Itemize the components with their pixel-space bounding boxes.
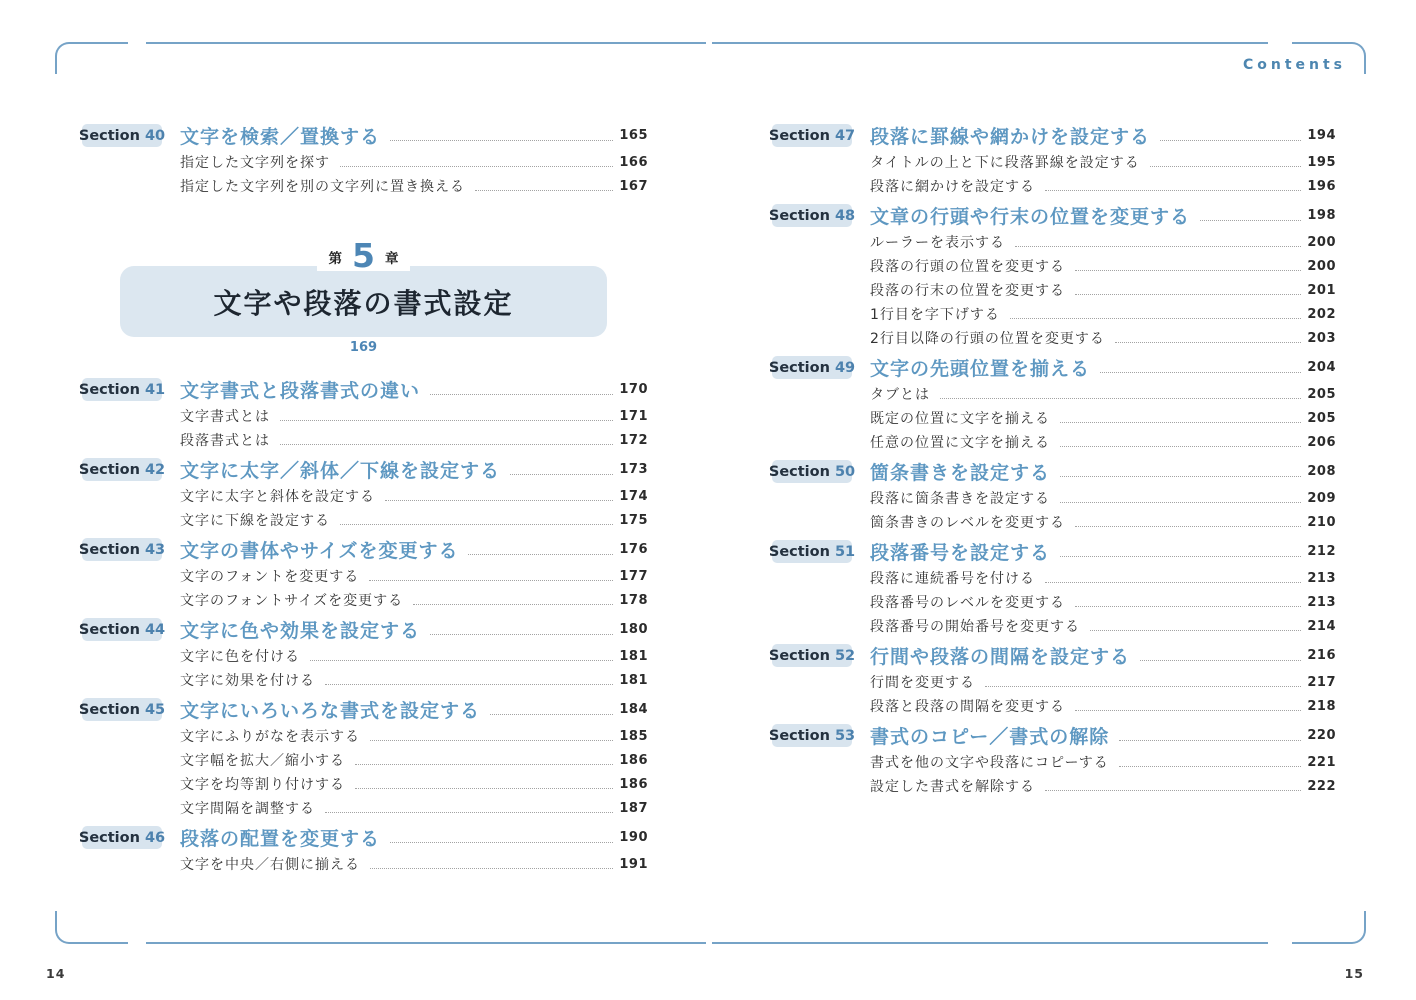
section-page-number: 173 xyxy=(619,462,648,477)
section-badge: Section47 xyxy=(772,124,852,147)
dotted-leader xyxy=(280,420,613,421)
subitem-title: 文字書式とは xyxy=(180,406,270,426)
subitem-title: 1行目を字下げする xyxy=(870,304,1000,324)
section-badge-number: 52 xyxy=(835,648,855,664)
toc-section: Section50箇条書きを設定する208段落に箇条書きを設定する209箇条書き… xyxy=(772,457,1336,534)
subitem-title: 任意の位置に文字を揃える xyxy=(870,432,1050,452)
toc-subitem-row: 書式を他の文字や段落にコピーする221 xyxy=(772,750,1336,774)
page-number-right: 15 xyxy=(1345,966,1364,981)
subitem-title: 段落の行頭の位置を変更する xyxy=(870,256,1065,276)
frame-line-bottom-right-page xyxy=(712,942,1268,944)
section-title: 文字の先頭位置を揃える xyxy=(870,354,1090,381)
toc-subitem-row: 文字書式とは171 xyxy=(82,404,648,428)
section-title: 文字書式と段落書式の違い xyxy=(180,376,420,403)
section-title: 文字の書体やサイズを変更する xyxy=(180,536,458,563)
subitem-page-number: 202 xyxy=(1307,307,1336,322)
subitem-page-number: 221 xyxy=(1307,755,1336,770)
dotted-leader xyxy=(340,166,613,167)
dotted-leader xyxy=(390,140,613,141)
subitem-title: 文字を均等割り付けする xyxy=(180,774,345,794)
subitem-title: 既定の位置に文字を揃える xyxy=(870,408,1050,428)
dotted-leader xyxy=(340,524,613,525)
dotted-leader xyxy=(1090,630,1301,631)
section-badge: Section41 xyxy=(82,378,162,401)
section-title: 段落番号を設定する xyxy=(870,538,1050,565)
toc-subitem-row: ルーラーを表示する200 xyxy=(772,230,1336,254)
subitem-page-number: 201 xyxy=(1307,283,1336,298)
subitem-page-number: 222 xyxy=(1307,779,1336,794)
section-badge: Section44 xyxy=(82,618,162,641)
dotted-leader xyxy=(1160,140,1301,141)
section-badge-number: 50 xyxy=(835,464,855,480)
toc-subitem-row: 文字に効果を付ける181 xyxy=(82,668,648,692)
toc-section: Section41文字書式と段落書式の違い170文字書式とは171段落書式とは1… xyxy=(82,375,648,452)
section-badge-number: 43 xyxy=(145,542,165,558)
section-heading-row: Section52行間や段落の間隔を設定する216 xyxy=(772,641,1336,670)
dotted-leader xyxy=(370,868,613,869)
toc-subitem-row: タイトルの上と下に段落罫線を設定する195 xyxy=(772,150,1336,174)
toc-section: Section42文字に太字／斜体／下線を設定する173文字に太字と斜体を設定す… xyxy=(82,455,648,532)
dotted-leader xyxy=(355,764,613,765)
toc-column-right: Section47段落に罫線や網かけを設定する194タイトルの上と下に段落罫線を… xyxy=(772,121,1336,801)
section-badge-number: 49 xyxy=(835,360,855,376)
toc-subitem-row: 文字にふりがなを表示する185 xyxy=(82,724,648,748)
dotted-leader xyxy=(390,842,613,843)
subitem-page-number: 172 xyxy=(619,433,648,448)
dotted-leader xyxy=(985,686,1301,687)
subitem-title: 文字に効果を付ける xyxy=(180,670,315,690)
toc-subitem-row: 文字を中央／右側に揃える191 xyxy=(82,852,648,876)
toc-subitem-row: 段落の行頭の位置を変更する200 xyxy=(772,254,1336,278)
toc-subitem-row: 指定した文字列を別の文字列に置き換える167 xyxy=(82,174,648,198)
frame-line-top-left-page xyxy=(146,42,706,44)
subitem-page-number: 186 xyxy=(619,753,648,768)
chapter-title: 文字や段落の書式設定 xyxy=(213,282,513,322)
section-heading-row: Section42文字に太字／斜体／下線を設定する173 xyxy=(82,455,648,484)
subitem-page-number: 181 xyxy=(619,649,648,664)
subitem-page-number: 205 xyxy=(1307,411,1336,426)
section-badge: Section43 xyxy=(82,538,162,561)
section-page-number: 170 xyxy=(619,382,648,397)
section-heading-row: Section46段落の配置を変更する190 xyxy=(82,823,648,852)
subitem-title: 段落に網かけを設定する xyxy=(870,176,1035,196)
subitem-title: 段落の行末の位置を変更する xyxy=(870,280,1065,300)
section-badge-label: Section xyxy=(79,622,140,638)
page-number-left: 14 xyxy=(46,966,65,981)
toc-subitem-row: 文字に太字と斜体を設定する174 xyxy=(82,484,648,508)
dotted-leader xyxy=(468,554,613,555)
toc-subitem-row: 文字のフォントサイズを変更する178 xyxy=(82,588,648,612)
subitem-page-number: 203 xyxy=(1307,331,1336,346)
toc-section: Section43文字の書体やサイズを変更する176文字のフォントを変更する17… xyxy=(82,535,648,612)
dotted-leader xyxy=(1045,190,1301,191)
subitem-title: タブとは xyxy=(870,384,930,404)
chapter-page-number: 169 xyxy=(120,340,607,356)
dotted-leader xyxy=(1100,372,1301,373)
dotted-leader xyxy=(1060,556,1301,557)
subitem-page-number: 167 xyxy=(619,179,648,194)
toc-section: Section47段落に罫線や網かけを設定する194タイトルの上と下に段落罫線を… xyxy=(772,121,1336,198)
subitem-title: 文字に下線を設定する xyxy=(180,510,330,530)
subitem-title: 箇条書きのレベルを変更する xyxy=(870,512,1065,532)
toc-subitem-row: 既定の位置に文字を揃える205 xyxy=(772,406,1336,430)
section-heading-row: Section50箇条書きを設定する208 xyxy=(772,457,1336,486)
toc-subitem-row: 文字のフォントを変更する177 xyxy=(82,564,648,588)
section-page-number: 208 xyxy=(1307,464,1336,479)
section-heading-row: Section40文字を検索／置換する165 xyxy=(82,121,648,150)
section-heading-row: Section51段落番号を設定する212 xyxy=(772,537,1336,566)
section-title: 段落の配置を変更する xyxy=(180,824,380,851)
toc-subitem-row: 指定した文字列を探す166 xyxy=(82,150,648,174)
section-heading-row: Section49文字の先頭位置を揃える204 xyxy=(772,353,1336,382)
section-badge: Section45 xyxy=(82,698,162,721)
section-badge-number: 47 xyxy=(835,128,855,144)
dotted-leader xyxy=(1140,660,1301,661)
chapter-title-box: 文字や段落の書式設定 xyxy=(120,266,607,337)
section-title: 文章の行頭や行末の位置を変更する xyxy=(870,202,1190,229)
toc-section: Section45文字にいろいろな書式を設定する184文字にふりがなを表示する1… xyxy=(82,695,648,820)
subitem-title: 段落に箇条書きを設定する xyxy=(870,488,1050,508)
subitem-page-number: 191 xyxy=(619,857,648,872)
section-badge-label: Section xyxy=(769,544,830,560)
section-badge: Section48 xyxy=(772,204,852,227)
subitem-page-number: 177 xyxy=(619,569,648,584)
subitem-page-number: 217 xyxy=(1307,675,1336,690)
toc-section: Section49文字の先頭位置を揃える204タブとは205既定の位置に文字を揃… xyxy=(772,353,1336,454)
section-badge: Section46 xyxy=(82,826,162,849)
dotted-leader xyxy=(1015,246,1301,247)
dotted-leader xyxy=(1075,294,1301,295)
section-page-number: 198 xyxy=(1307,208,1336,223)
section-badge-label: Section xyxy=(769,208,830,224)
dotted-leader xyxy=(385,500,613,501)
dotted-leader xyxy=(1045,790,1301,791)
dotted-leader xyxy=(1060,422,1301,423)
section-page-number: 176 xyxy=(619,542,648,557)
section-badge-label: Section xyxy=(769,128,830,144)
subitem-title: 文字を中央／右側に揃える xyxy=(180,854,360,874)
toc-spread: Contents Section40文字を検索／置換する165指定した文字列を探… xyxy=(0,0,1416,1000)
subitem-page-number: 181 xyxy=(619,673,648,688)
section-heading-row: Section45文字にいろいろな書式を設定する184 xyxy=(82,695,648,724)
toc-subitem-row: 任意の位置に文字を揃える206 xyxy=(772,430,1336,454)
toc-subitem-row: 段落番号のレベルを変更する213 xyxy=(772,590,1336,614)
section-title: 文字にいろいろな書式を設定する xyxy=(180,696,480,723)
dotted-leader xyxy=(1060,446,1301,447)
subitem-title: ルーラーを表示する xyxy=(870,232,1005,252)
section-page-number: 190 xyxy=(619,830,648,845)
subitem-title: 設定した書式を解除する xyxy=(870,776,1035,796)
subitem-title: 文字に色を付ける xyxy=(180,646,300,666)
subitem-page-number: 186 xyxy=(619,777,648,792)
dotted-leader xyxy=(475,190,613,191)
dotted-leader xyxy=(310,660,613,661)
subitem-page-number: 195 xyxy=(1307,155,1336,170)
toc-sections-before-chapter: Section40文字を検索／置換する165指定した文字列を探す166指定した文… xyxy=(82,121,648,198)
section-title: 文字に色や効果を設定する xyxy=(180,616,420,643)
subitem-title: 段落書式とは xyxy=(180,430,270,450)
toc-section: Section52行間や段落の間隔を設定する216行間を変更する217段落と段落… xyxy=(772,641,1336,718)
section-badge-number: 45 xyxy=(145,702,165,718)
section-heading-row: Section44文字に色や効果を設定する180 xyxy=(82,615,648,644)
dotted-leader xyxy=(1060,502,1301,503)
section-badge-label: Section xyxy=(79,382,140,398)
dotted-leader xyxy=(1200,220,1301,221)
subitem-page-number: 206 xyxy=(1307,435,1336,450)
section-badge-number: 51 xyxy=(835,544,855,560)
dotted-leader xyxy=(430,394,613,395)
toc-section: Section46段落の配置を変更する190文字を中央／右側に揃える191 xyxy=(82,823,648,876)
toc-subitem-row: 段落に連続番号を付ける213 xyxy=(772,566,1336,590)
section-badge: Section53 xyxy=(772,724,852,747)
contents-heading: Contents xyxy=(1243,57,1346,73)
dotted-leader xyxy=(510,474,613,475)
dotted-leader xyxy=(325,812,613,813)
subitem-page-number: 171 xyxy=(619,409,648,424)
section-page-number: 194 xyxy=(1307,128,1336,143)
section-badge: Section42 xyxy=(82,458,162,481)
subitem-page-number: 213 xyxy=(1307,571,1336,586)
subitem-title: 行間を変更する xyxy=(870,672,975,692)
section-badge-number: 46 xyxy=(145,830,165,846)
toc-sections-after-chapter: Section41文字書式と段落書式の違い170文字書式とは171段落書式とは1… xyxy=(82,375,648,876)
subitem-page-number: 185 xyxy=(619,729,648,744)
dotted-leader xyxy=(280,444,613,445)
subitem-page-number: 200 xyxy=(1307,259,1336,274)
section-heading-row: Section48文章の行頭や行末の位置を変更する198 xyxy=(772,201,1336,230)
section-page-number: 165 xyxy=(619,128,648,143)
dotted-leader xyxy=(1060,476,1301,477)
section-title: 行間や段落の間隔を設定する xyxy=(870,642,1130,669)
section-badge: Section40 xyxy=(82,124,162,147)
toc-subitem-row: 段落に網かけを設定する196 xyxy=(772,174,1336,198)
subitem-title: 段落に連続番号を付ける xyxy=(870,568,1035,588)
section-badge-label: Section xyxy=(769,464,830,480)
dotted-leader xyxy=(430,634,613,635)
dotted-leader xyxy=(1075,606,1301,607)
toc-subitem-row: 文字に下線を設定する175 xyxy=(82,508,648,532)
dotted-leader xyxy=(369,580,613,581)
toc-section: Section40文字を検索／置換する165指定した文字列を探す166指定した文… xyxy=(82,121,648,198)
subitem-page-number: 209 xyxy=(1307,491,1336,506)
dotted-leader xyxy=(1075,710,1301,711)
subitem-page-number: 196 xyxy=(1307,179,1336,194)
dotted-leader xyxy=(1045,582,1301,583)
subitem-title: 2行目以降の行頭の位置を変更する xyxy=(870,328,1105,348)
section-heading-row: Section53書式のコピー／書式の解除220 xyxy=(772,721,1336,750)
section-badge: Section52 xyxy=(772,644,852,667)
section-badge-label: Section xyxy=(769,648,830,664)
chapter-divider: 第 5 章 文字や段落の書式設定 169 xyxy=(120,266,607,356)
section-badge-number: 40 xyxy=(145,128,165,144)
subitem-title: 段落番号の開始番号を変更する xyxy=(870,616,1080,636)
section-page-number: 184 xyxy=(619,702,648,717)
section-page-number: 180 xyxy=(619,622,648,637)
toc-subitem-row: 段落の行末の位置を変更する201 xyxy=(772,278,1336,302)
dotted-leader xyxy=(370,740,613,741)
section-page-number: 220 xyxy=(1307,728,1336,743)
section-badge-label: Section xyxy=(769,728,830,744)
toc-subitem-row: タブとは205 xyxy=(772,382,1336,406)
subitem-page-number: 187 xyxy=(619,801,648,816)
dotted-leader xyxy=(1075,526,1301,527)
subitem-page-number: 213 xyxy=(1307,595,1336,610)
subitem-title: 文字にふりがなを表示する xyxy=(180,726,360,746)
frame-corner-bottom-right xyxy=(1292,911,1366,944)
section-badge-number: 53 xyxy=(835,728,855,744)
dotted-leader xyxy=(413,604,613,605)
subitem-title: 指定した文字列を探す xyxy=(180,152,330,172)
subitem-page-number: 175 xyxy=(619,513,648,528)
toc-subitem-row: 文字を均等割り付けする186 xyxy=(82,772,648,796)
dotted-leader xyxy=(1150,166,1302,167)
chapter-suffix: 章 xyxy=(385,247,399,271)
frame-corner-top-left xyxy=(55,42,128,74)
toc-subitem-row: 段落と段落の間隔を変更する218 xyxy=(772,694,1336,718)
dotted-leader xyxy=(1115,342,1301,343)
dotted-leader xyxy=(1119,766,1302,767)
section-badge-label: Section xyxy=(769,360,830,376)
subitem-page-number: 178 xyxy=(619,593,648,608)
toc-subitem-row: 段落に箇条書きを設定する209 xyxy=(772,486,1336,510)
toc-section: Section44文字に色や効果を設定する180文字に色を付ける181文字に効果… xyxy=(82,615,648,692)
section-title: 文字に太字／斜体／下線を設定する xyxy=(180,456,500,483)
toc-subitem-row: 2行目以降の行頭の位置を変更する203 xyxy=(772,326,1336,350)
section-badge-number: 42 xyxy=(145,462,165,478)
section-badge: Section51 xyxy=(772,540,852,563)
section-page-number: 212 xyxy=(1307,544,1336,559)
subitem-page-number: 166 xyxy=(619,155,648,170)
chapter-prefix: 第 xyxy=(329,247,343,271)
toc-subitem-row: 行間を変更する217 xyxy=(772,670,1336,694)
section-title: 書式のコピー／書式の解除 xyxy=(870,722,1109,749)
section-heading-row: Section47段落に罫線や網かけを設定する194 xyxy=(772,121,1336,150)
section-badge-label: Section xyxy=(79,542,140,558)
dotted-leader xyxy=(940,398,1301,399)
chapter-label: 第 5 章 xyxy=(317,240,411,271)
section-badge: Section50 xyxy=(772,460,852,483)
frame-corner-bottom-left xyxy=(55,911,128,944)
section-title: 箇条書きを設定する xyxy=(870,458,1050,485)
section-badge: Section49 xyxy=(772,356,852,379)
subitem-page-number: 174 xyxy=(619,489,648,504)
section-heading-row: Section43文字の書体やサイズを変更する176 xyxy=(82,535,648,564)
chapter-number: 5 xyxy=(352,240,375,271)
dotted-leader xyxy=(1119,740,1301,741)
subitem-page-number: 218 xyxy=(1307,699,1336,714)
section-page-number: 216 xyxy=(1307,648,1336,663)
toc-column-left: Section40文字を検索／置換する165指定した文字列を探す166指定した文… xyxy=(82,121,648,879)
toc-subitem-row: 箇条書きのレベルを変更する210 xyxy=(772,510,1336,534)
subitem-page-number: 214 xyxy=(1307,619,1336,634)
dotted-leader xyxy=(1075,270,1301,271)
section-title: 段落に罫線や網かけを設定する xyxy=(870,122,1150,149)
dotted-leader xyxy=(355,788,613,789)
section-badge-label: Section xyxy=(79,128,140,144)
toc-subitem-row: 文字幅を拡大／縮小する186 xyxy=(82,748,648,772)
section-badge-label: Section xyxy=(79,830,140,846)
toc-section: Section48文章の行頭や行末の位置を変更する198ルーラーを表示する200… xyxy=(772,201,1336,350)
toc-subitem-row: 段落番号の開始番号を変更する214 xyxy=(772,614,1336,638)
subitem-title: 段落番号のレベルを変更する xyxy=(870,592,1065,612)
section-badge-label: Section xyxy=(79,702,140,718)
section-badge-label: Section xyxy=(79,462,140,478)
frame-line-bottom-left-page xyxy=(146,942,706,944)
toc-section: Section51段落番号を設定する212段落に連続番号を付ける213段落番号の… xyxy=(772,537,1336,638)
subitem-title: 書式を他の文字や段落にコピーする xyxy=(870,752,1109,772)
subitem-title: 文字幅を拡大／縮小する xyxy=(180,750,345,770)
dotted-leader xyxy=(325,684,613,685)
subitem-title: 文字のフォントを変更する xyxy=(180,566,359,586)
frame-line-top-right-page xyxy=(712,42,1268,44)
subitem-title: 段落と段落の間隔を変更する xyxy=(870,696,1065,716)
subitem-title: 文字のフォントサイズを変更する xyxy=(180,590,403,610)
section-badge-number: 41 xyxy=(145,382,165,398)
dotted-leader xyxy=(1010,318,1301,319)
section-heading-row: Section41文字書式と段落書式の違い170 xyxy=(82,375,648,404)
toc-subitem-row: 文字に色を付ける181 xyxy=(82,644,648,668)
section-title: 文字を検索／置換する xyxy=(180,122,380,149)
subitem-title: 文字に太字と斜体を設定する xyxy=(180,486,375,506)
section-badge-number: 44 xyxy=(145,622,165,638)
section-page-number: 204 xyxy=(1307,360,1336,375)
toc-subitem-row: 設定した書式を解除する222 xyxy=(772,774,1336,798)
dotted-leader xyxy=(490,714,613,715)
subitem-page-number: 210 xyxy=(1307,515,1336,530)
toc-subitem-row: 文字間隔を調整する187 xyxy=(82,796,648,820)
subitem-title: タイトルの上と下に段落罫線を設定する xyxy=(870,152,1140,172)
section-badge-number: 48 xyxy=(835,208,855,224)
toc-subitem-row: 1行目を字下げする202 xyxy=(772,302,1336,326)
toc-section: Section53書式のコピー／書式の解除220書式を他の文字や段落にコピーする… xyxy=(772,721,1336,798)
toc-subitem-row: 段落書式とは172 xyxy=(82,428,648,452)
subitem-page-number: 205 xyxy=(1307,387,1336,402)
subitem-page-number: 200 xyxy=(1307,235,1336,250)
subitem-title: 指定した文字列を別の文字列に置き換える xyxy=(180,176,465,196)
subitem-title: 文字間隔を調整する xyxy=(180,798,315,818)
